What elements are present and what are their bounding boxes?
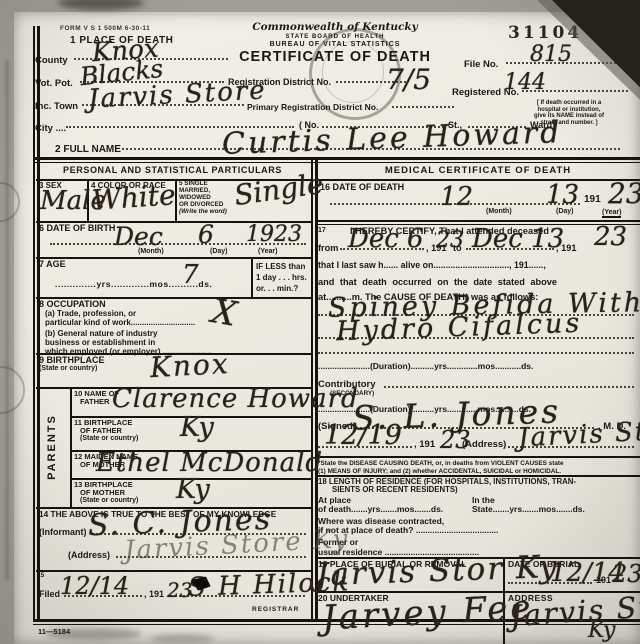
from-year-value: 23 [436,230,464,252]
medical-section-title: MEDICAL CERTIFICATE OF DEATH [320,166,636,176]
if-less-note: IF LESS than 1 day . . . hrs. or. . . mi… [256,261,307,294]
registrar-stamp-inner [322,41,384,103]
age-days-value: 7 [182,262,199,288]
undertaker-value: Jarvey Fee [321,590,534,635]
file-no-label: File No. [464,60,498,70]
to-year-value: 23 [594,224,627,250]
dob-day-cap: (Day) [210,248,228,255]
scanned-death-certificate: { "colors":{"paper":"#edeae1","ink":"#1c… [0,0,640,644]
occurred-line: and that death occurred on the date stat… [318,277,557,287]
scan-smudge-top [58,0,144,10]
informant-address-label: (Address) [68,551,110,561]
duration1-line: ......................(Duration)........… [318,362,533,371]
race-value: White [91,181,176,215]
marital-label: 5 SINGLE MARRIED, WIDOWED OR DIVORCED (W… [179,181,227,216]
footnote-line1: *State the DISEASE CAUSING DEATH, or, in… [318,460,564,467]
margin-streak [5,60,9,580]
parents-side-label: PARENTS [46,412,58,482]
mother-name-value: Ethel McDonald [96,450,323,476]
sec17-num: 17 [318,227,326,235]
dob-day-value: 6 [198,222,214,247]
file-no-value: 815 [530,44,572,66]
dod-month-value: 12 [440,184,473,210]
inc-town-label: Inc. Town [35,102,78,112]
filed-label: Filed [39,590,60,600]
form-number: FORM V S 1 500M 6-30-11 [60,25,150,32]
sign-year-printed: , 191 [414,440,435,450]
dod-year-cap: (Year) [602,209,621,218]
vot-pot-label: Vot. Pot. [35,79,73,89]
undertaker-address-value2: Ky [588,620,615,642]
dob-label: 6 DATE OF BIRTH [39,224,115,234]
filed-date-value: 12/14 [60,574,129,598]
footnote-line2: (1) MEANS OF INJURY; and (2) whether ACC… [318,468,561,475]
birthplace-cap: (State or country) [39,365,97,373]
dod-month-cap: (Month) [486,208,512,215]
registration-district-value: 7/5 [386,66,431,94]
father-name-value: Clarence Howard [112,386,359,412]
from-date-value: Dec 6 [348,226,424,252]
burial-year-value: 23 [612,562,640,586]
dod-label: 16 DATE OF DEATH [320,183,404,193]
sign-date-value: 12/19 [324,422,402,449]
occupation-a2: particular kind of work.................… [45,319,195,328]
plate-number: 11—5184 [38,628,70,636]
lastsaw-line: that I last saw h...... alive on........… [318,261,546,271]
to-date-value: Dec 13 [472,226,564,252]
residence-label2: SIENTS OR RECENT RESIDENTS) [332,486,458,495]
informant-label: (Informant) [39,528,87,538]
registrar-label: REGISTRAR [252,606,299,613]
registered-no-value: 144 [504,72,546,94]
sign-year-value: 23 [440,428,471,452]
dod-year-printed: 191 [584,194,601,205]
filed-year-printed: , 191 [144,590,164,600]
dob-year-value: 1923 [246,224,302,246]
scan-smudge-bottom [150,634,214,643]
mother-birthplace-value: Ky [176,476,210,503]
father-birthplace-value: Ky [180,414,214,441]
dod-year-value: 23 [608,180,640,208]
full-name-label: 2 FULL NAME [55,144,121,155]
dod-day-value: 13 [546,182,579,208]
dob-year-cap: (Year) [258,248,277,255]
cause-line2: Hydro Cifalcus [336,310,583,346]
age-label: 7 AGE [39,260,66,270]
dob-month-value: Dec [114,224,163,249]
burial-value: Jarvis Stor Ky [316,552,560,591]
from-label: from [318,243,338,253]
birthplace-value: Knox [149,350,230,382]
